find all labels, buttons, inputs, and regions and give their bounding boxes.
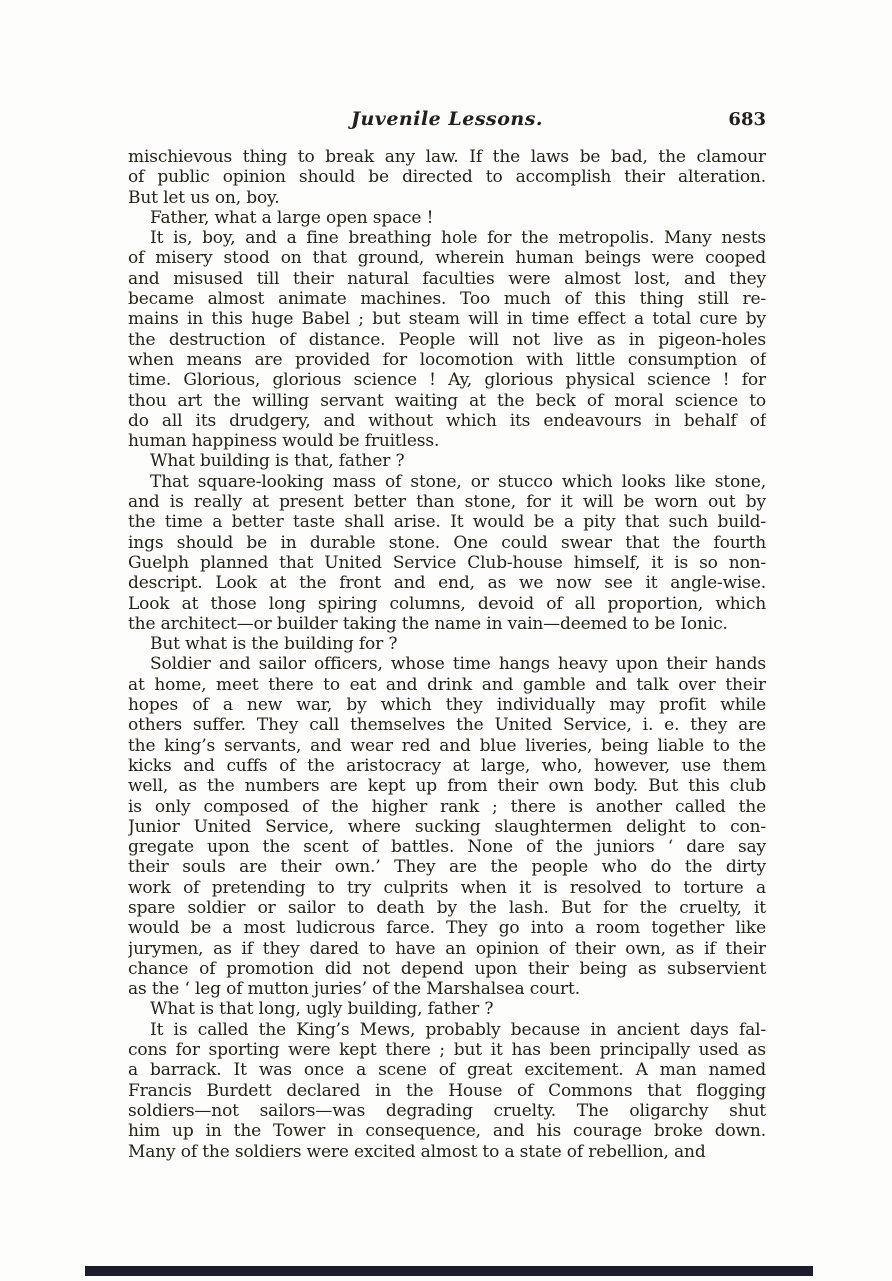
text-line: jurymen, as if they dared to have an opi… — [128, 939, 766, 959]
text-line: But what is the building for ? — [128, 634, 766, 654]
text-line: their souls are their own.’ They are the… — [128, 857, 766, 877]
scan-artifact-bar — [85, 1266, 813, 1276]
text-line: Guelph planned that United Service Club-… — [128, 553, 766, 573]
paragraph: Father, what a large open space ! — [128, 208, 766, 228]
text-line: the king’s servants, and wear red and bl… — [128, 736, 766, 756]
text-line: Father, what a large open space ! — [128, 208, 766, 228]
text-line: mains in this huge Babel ; but steam wil… — [128, 309, 766, 329]
text-line: mischievous thing to break any law. If t… — [128, 147, 766, 167]
text-line: would be a most ludicrous farce. They go… — [128, 918, 766, 938]
text-line: when means are provided for locomotion w… — [128, 350, 766, 370]
text-line: and misused till their natural faculties… — [128, 269, 766, 289]
text-line: gregate upon the scent of battles. None … — [128, 837, 766, 857]
text-line: hopes of a new war, by which they indivi… — [128, 695, 766, 715]
text-line: became almost animate machines. Too much… — [128, 289, 766, 309]
paragraph: That square-looking mass of stone, or st… — [128, 472, 766, 634]
paragraph: Soldier and sailor officers, whose time … — [128, 654, 766, 999]
text-line: of misery stood on that ground, wherein … — [128, 248, 766, 268]
text-line: a barrack. It was once a scene of great … — [128, 1060, 766, 1080]
paragraph: What building is that, father ? — [128, 451, 766, 471]
page-text: mischievous thing to break any law. If t… — [128, 147, 766, 1162]
page-number: 683 — [128, 109, 766, 130]
text-line: is only composed of the higher rank ; th… — [128, 797, 766, 817]
text-line: human happiness would be fruitless. — [128, 431, 766, 451]
text-line: What building is that, father ? — [128, 451, 766, 471]
text-line: It is called the King’s Mews, probably b… — [128, 1020, 766, 1040]
text-line: thou art the willing servant waiting at … — [128, 391, 766, 411]
book-page-scan: Juvenile Lessons. 683 mischievous thing … — [0, 0, 892, 1281]
text-line: That square-looking mass of stone, or st… — [128, 472, 766, 492]
text-line: What is that long, ugly building, father… — [128, 999, 766, 1019]
text-line: Many of the soldiers were excited almost… — [128, 1142, 766, 1162]
paragraph: But what is the building for ? — [128, 634, 766, 654]
text-line: him up in the Tower in consequence, and … — [128, 1121, 766, 1141]
text-line: time. Glorious, glorious science ! Ay, g… — [128, 370, 766, 390]
text-line: spare soldier or sailor to death by the … — [128, 898, 766, 918]
text-line: at home, meet there to eat and drink and… — [128, 675, 766, 695]
text-line: the time a better taste shall arise. It … — [128, 512, 766, 532]
text-line: of public opinion should be directed to … — [128, 167, 766, 187]
text-line: well, as the numbers are kept up from th… — [128, 776, 766, 796]
text-line: But let us on, boy. — [128, 188, 766, 208]
text-line: kicks and cuffs of the aristocracy at la… — [128, 756, 766, 776]
paragraph: mischievous thing to break any law. If t… — [128, 147, 766, 208]
paragraph: It is called the King’s Mews, probably b… — [128, 1020, 766, 1162]
text-line: Junior United Service, where sucking sla… — [128, 817, 766, 837]
text-line: descript. Look at the front and end, as … — [128, 573, 766, 593]
text-line: It is, boy, and a fine breathing hole fo… — [128, 228, 766, 248]
text-line: soldiers—not sailors—was degrading cruel… — [128, 1101, 766, 1121]
text-line: cons for sporting were kept there ; but … — [128, 1040, 766, 1060]
text-line: the destruction of distance. People will… — [128, 330, 766, 350]
text-line: do all its drudgery, and without which i… — [128, 411, 766, 431]
text-line: Francis Burdett declared in the House of… — [128, 1081, 766, 1101]
text-line: Soldier and sailor officers, whose time … — [128, 654, 766, 674]
text-line: the architect—or builder taking the name… — [128, 614, 766, 634]
text-line: and is really at present better than sto… — [128, 492, 766, 512]
text-line: others suffer. They call themselves the … — [128, 715, 766, 735]
text-line: as the ‘ leg of mutton juries’ of the Ma… — [128, 979, 766, 999]
text-line: ings should be in durable stone. One cou… — [128, 533, 766, 553]
text-line: work of pretending to try culprits when … — [128, 878, 766, 898]
paragraph: It is, boy, and a fine breathing hole fo… — [128, 228, 766, 451]
text-line: chance of promotion did not depend upon … — [128, 959, 766, 979]
text-line: Look at those long spiring columns, devo… — [128, 594, 766, 614]
paragraph: What is that long, ugly building, father… — [128, 999, 766, 1019]
